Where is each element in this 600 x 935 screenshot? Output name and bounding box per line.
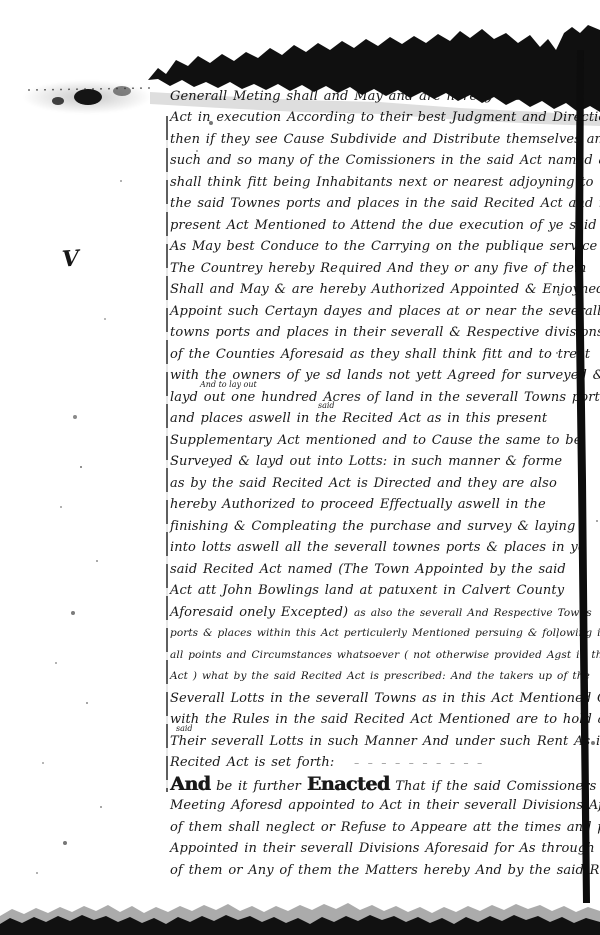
manuscript-page: V they the said Comissioners or so Many …: [0, 0, 600, 935]
torn-edge-blob: [74, 89, 102, 105]
binding-fold-line: [575, 50, 590, 903]
scan-artifacts-layer: [0, 0, 600, 935]
torn-edge-blob: [113, 86, 131, 96]
torn-edge-blob: [52, 97, 64, 105]
